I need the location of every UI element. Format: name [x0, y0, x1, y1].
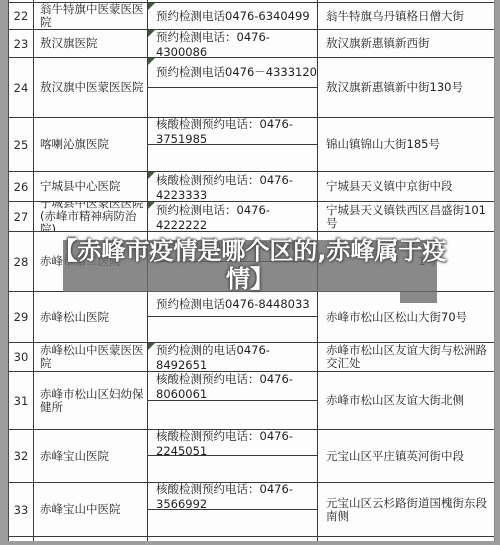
- hospital-name-cell: 翁牛特旗中医蒙医医院: [34, 3, 148, 29]
- phone-number-text: 预约检测的电话0476-8492651: [156, 343, 317, 371]
- phone-cell: 预约检测电话0476-8448033: [148, 292, 318, 342]
- row-number-cell: 30: [9, 343, 34, 371]
- hospital-name-cell: 喀喇沁旗医院: [34, 118, 148, 171]
- phone-number-text: 核酸检测预约电话：0476-2245051: [156, 430, 317, 458]
- hospital-name-cell: [34, 537, 148, 541]
- row-number-cell: 25: [9, 118, 34, 171]
- table-row: 24 敖汉旗中医蒙医医院 预约检测电话0476－4333120 敖汉旗新惠镇新中…: [9, 58, 494, 118]
- phone-cell: 预约检测电话0476－4333120: [148, 58, 318, 117]
- address-cell: 敖汉旗新惠镇新西街: [318, 30, 494, 57]
- watermark-line-2: 情】: [53, 265, 447, 293]
- phone-cell: 核酸检测预约电话：0476-2245051: [148, 430, 318, 482]
- address-cell: 锦山镇锦山大街185号: [318, 118, 494, 171]
- phone-cell-upper: 预约检测的电话0476-8492651: [148, 343, 317, 371]
- hospital-name-cell: [34, 0, 148, 2]
- hospital-name-cell: 宁城县中医蒙医医院(赤峰市精神病防治院): [34, 202, 148, 231]
- table-row: 27 宁城县中医蒙医医院(赤峰市精神病防治院) 预约检测电话：0476-4222…: [9, 202, 494, 232]
- phone-cell: 预约检测的电话0476-8492651: [148, 343, 318, 371]
- excel-comment-triangle-icon: [148, 172, 155, 179]
- phone-cell: [148, 0, 318, 2]
- phone-cell-upper: 核酸检测预约电话：0476-3566992: [148, 483, 317, 510]
- row-number-cell: [9, 537, 34, 541]
- phone-cell: 预约检测电话：0476-4222222: [148, 202, 318, 231]
- table-row: 26 宁城县中心医院 核酸检测预约电话：0476-4223333 宁城县天义镇中…: [9, 172, 494, 202]
- table-row: 33 赤峰宝山中医院 核酸检测预约电话：0476-3566992 元宝山区云杉路…: [9, 483, 494, 537]
- excel-comment-triangle-icon: [148, 3, 155, 10]
- address-cell: 敖汉旗新惠镇新中街130号: [318, 58, 494, 117]
- address-cell: 赤峰市松山区友谊大街与松洲路交汇处: [318, 343, 494, 371]
- address-cell: 宁城县天义镇铁西区昌盛街101号: [318, 202, 494, 231]
- table-row: 23 敖汉旗医院 预约检测电话：0476-4300086 敖汉旗新惠镇新西街: [9, 30, 494, 58]
- phone-cell: 预约检测电话：0476-4300086: [148, 30, 318, 57]
- phone-number-text: 预约检测电话：0476-4300086: [156, 30, 317, 57]
- address-cell: 元宝山区平庄镇英河街中段: [318, 430, 494, 482]
- phone-cell-upper: 预约检测电话0476-8448033: [148, 292, 317, 317]
- scanned-table-page: 22 翁牛特旗中医蒙医医院 预约检测电话0476-6340499 翁牛特旗乌丹镇…: [0, 0, 500, 545]
- watermark-overlay: 【赤峰市疫情是哪个区的,赤峰属于疫 情】: [63, 240, 437, 292]
- table-row: 30 赤峰松山中医蒙医医院 预约检测的电话0476-8492651 赤峰市松山区…: [9, 343, 494, 372]
- table-row: 31 赤峰市松山区妇幼保健所 核酸检测预约电话：0476-8060061 赤峰市…: [9, 372, 494, 430]
- phone-cell-upper: 预约检测电话0476-6340499: [148, 3, 317, 29]
- phone-number-text: 预约检测电话：0476-4222222: [156, 202, 317, 231]
- address-cell: [318, 537, 494, 541]
- hospital-name-cell: 赤峰松山中医蒙医医院: [34, 343, 148, 371]
- row-number-cell: 28: [9, 232, 34, 291]
- phone-cell: 核酸检测预约电话：0476-3751985: [148, 118, 318, 171]
- hospital-name-cell: 宁城县中心医院: [34, 172, 148, 201]
- excel-comment-triangle-icon: [148, 58, 155, 65]
- watermark-line-1: 【赤峰市疫情是哪个区的,赤峰属于疫: [53, 237, 447, 265]
- table-row: 25 喀喇沁旗医院 核酸检测预约电话：0476-3751985 锦山镇锦山大街1…: [9, 118, 494, 172]
- hospital-name-cell: 赤峰松山医院: [34, 292, 148, 342]
- phone-cell-upper: 核酸检测预约电话：0476-2245051: [148, 430, 317, 456]
- phone-cell-upper: 预约检测电话：0476-4222222: [148, 202, 317, 231]
- row-number-cell: 23: [9, 30, 34, 57]
- phone-cell: 核酸检测预约电话：0476-3566992: [148, 483, 318, 536]
- phone-number-text: 预约检测电话0476-8448033: [156, 296, 310, 312]
- excel-comment-triangle-icon: [148, 343, 155, 350]
- phone-cell-upper: 核酸检测预约电话：0476-4223333: [148, 172, 317, 201]
- hospital-name-cell: 敖汉旗中医蒙医医院: [34, 58, 148, 117]
- phone-number-text: 预约检测电话0476－4333120: [156, 64, 317, 80]
- address-cell: 宁城县天义镇中京街中段: [318, 172, 494, 201]
- hospital-name-cell: 敖汉旗医院: [34, 30, 148, 57]
- hospital-name-cell: 赤峰市松山区妇幼保健所: [34, 372, 148, 429]
- excel-comment-triangle-icon: [148, 202, 155, 209]
- watermark-text: 【赤峰市疫情是哪个区的,赤峰属于疫 情】: [53, 237, 447, 293]
- phone-number-text: 核酸检测预约电话：0476-3751985: [156, 118, 317, 146]
- phone-number-text: 核酸检测预约电话：0476-3566992: [156, 483, 317, 511]
- phone-cell: 核酸检测预约电话：0476-4223333: [148, 172, 318, 201]
- address-cell: 翁牛特旗乌丹镇格日僧大街: [318, 3, 494, 29]
- address-cell: 赤峰市松山区友谊大街北侧: [318, 372, 494, 429]
- row-number-cell: [9, 0, 34, 2]
- phone-cell: 预约检测电话0476-6340499: [148, 3, 318, 29]
- phone-number-text: 核酸检测预约电话：0476-8060061: [156, 372, 317, 401]
- row-number-cell: 24: [9, 58, 34, 117]
- hospital-name-cell: 赤峰宝山医院: [34, 430, 148, 482]
- phone-number-text: 核酸检测预约电话：0476-4223333: [156, 172, 317, 201]
- phone-cell: [148, 537, 318, 541]
- row-number-cell: 29: [9, 292, 34, 342]
- table-row: 32 赤峰宝山医院 核酸检测预约电话：0476-2245051 元宝山区平庄镇英…: [9, 430, 494, 483]
- phone-cell-upper: 预约检测电话：0476-4300086: [148, 30, 317, 57]
- phone-cell: 核酸检测预约电话：0476-8060061: [148, 372, 318, 429]
- phone-number-text: 预约检测电话0476-6340499: [156, 8, 310, 24]
- hospital-name-cell: 赤峰宝山中医院: [34, 483, 148, 536]
- row-number-cell: 27: [9, 202, 34, 231]
- row-number-cell: 33: [9, 483, 34, 536]
- phone-cell-upper: 核酸检测预约电话：0476-8060061: [148, 372, 317, 401]
- row-number-cell: 31: [9, 372, 34, 429]
- address-cell: 元宝山区云杉路街道国槐街东段南侧: [318, 483, 494, 536]
- row-number-cell: 22: [9, 3, 34, 29]
- row-number-cell: 32: [9, 430, 34, 482]
- excel-comment-triangle-icon: [148, 30, 155, 37]
- phone-cell-upper: 核酸检测预约电话：0476-3751985: [148, 118, 317, 145]
- row-number-cell: 26: [9, 172, 34, 201]
- phone-cell-upper: 预约检测电话0476－4333120: [148, 58, 317, 88]
- address-cell: [318, 0, 494, 2]
- table-row: 22 翁牛特旗中医蒙医医院 预约检测电话0476-6340499 翁牛特旗乌丹镇…: [9, 3, 494, 30]
- cut-off-row-bottom: [9, 537, 494, 541]
